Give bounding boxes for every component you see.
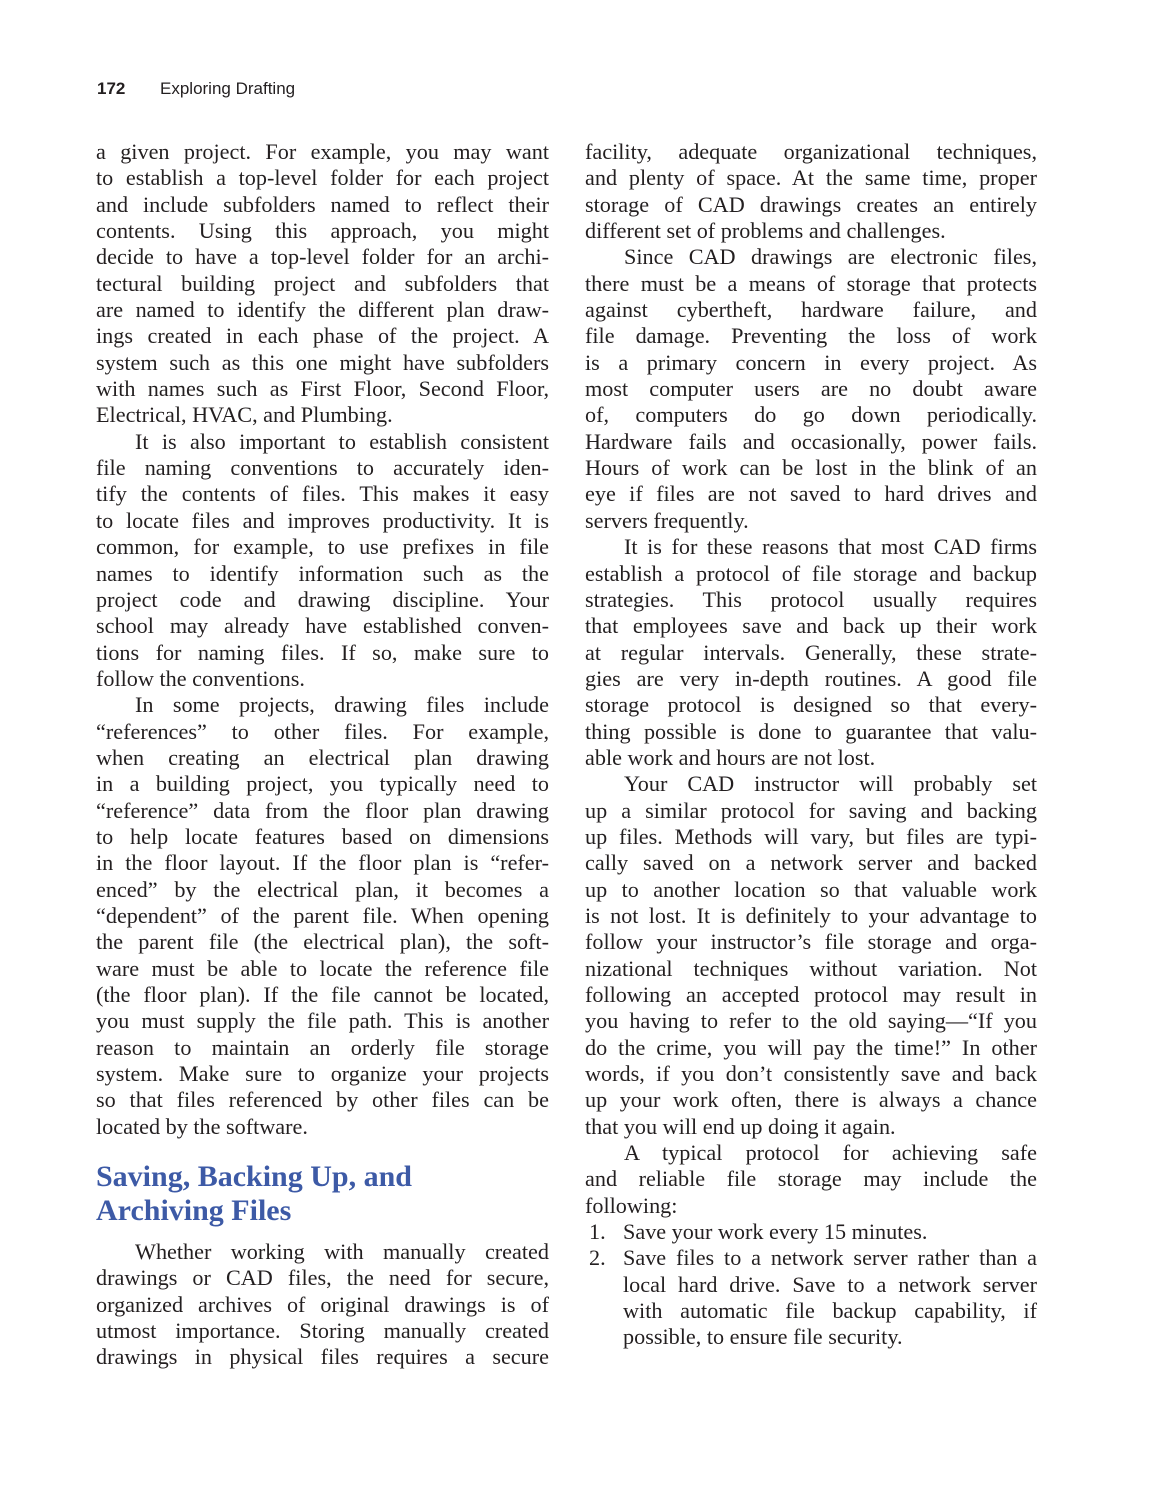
text-line: file naming conventions to accurately id… [96, 455, 549, 481]
text-line: drawings or CAD files, the need for secu… [96, 1265, 549, 1291]
text-line: system. Make sure to organize your proje… [96, 1061, 549, 1087]
text-line: up to another location so that valuable … [585, 877, 1037, 903]
list-item-line: 2.Save files to a network server rather … [585, 1245, 1037, 1271]
text-line: drawings in physical files requires a se… [96, 1344, 549, 1370]
text-line: tectural building project and subfolders… [96, 271, 549, 297]
text-line: up files. Methods will vary, but files a… [585, 824, 1037, 850]
text-line: system such as this one might have subfo… [96, 350, 549, 376]
text-line: project code and drawing discipline. You… [96, 587, 549, 613]
text-line: It is also important to establish consis… [96, 429, 549, 455]
text-line: decide to have a top-level folder for an… [96, 244, 549, 270]
list-item-text: Save files to a network server rather th… [623, 1245, 1037, 1271]
list-item-number: 2. [585, 1245, 623, 1271]
text-line: and plenty of space. At the same time, p… [585, 165, 1037, 191]
list-item-number: 1. [585, 1219, 623, 1245]
list-item-line: possible, to ensure file security. [585, 1324, 1037, 1350]
text-line: In some projects, drawing files include [96, 692, 549, 718]
text-line: to locate files and improves productivit… [96, 508, 549, 534]
text-line: A typical protocol for achieving safe [585, 1140, 1037, 1166]
text-line: and include subfolders named to reflect … [96, 192, 549, 218]
text-line: able work and hours are not lost. [585, 745, 1037, 771]
text-line: thing possible is done to guarantee that… [585, 719, 1037, 745]
text-line: Electrical, HVAC, and Plumbing. [96, 402, 549, 428]
text-line: following an accepted protocol may resul… [585, 982, 1037, 1008]
text-line: tify the contents of files. This makes i… [96, 481, 549, 507]
text-line: up a similar protocol for saving and bac… [585, 798, 1037, 824]
text-line: names to identify information such as th… [96, 561, 549, 587]
text-line: Hardware fails and occasionally, power f… [585, 429, 1037, 455]
section-heading-line-1: Saving, Backing Up, and [96, 1160, 412, 1194]
list-item-text: Save your work every 15 minutes. [623, 1219, 1037, 1245]
text-line: contents. Using this approach, you might [96, 218, 549, 244]
text-line: with names such as First Floor, Second F… [96, 376, 549, 402]
text-line: is not lost. It is definitely to your ad… [585, 903, 1037, 929]
text-line: Since CAD drawings are electronic files, [585, 244, 1037, 270]
text-line: “reference” data from the floor plan dra… [96, 798, 549, 824]
text-line: and reliable file storage may include th… [585, 1166, 1037, 1192]
text-line: located by the software. [96, 1114, 549, 1140]
list-item-number [585, 1272, 623, 1298]
text-line: there must be a means of storage that pr… [585, 271, 1037, 297]
text-line: establish a protocol of file storage and… [585, 561, 1037, 587]
section-heading-line-2: Archiving Files [96, 1194, 412, 1228]
text-line: Your CAD instructor will probably set [585, 771, 1037, 797]
text-line: up your work often, there is always a ch… [585, 1087, 1037, 1113]
list-item-number [585, 1324, 623, 1350]
text-line: the parent file (the electrical plan), t… [96, 929, 549, 955]
text-line: against cybertheft, hardware failure, an… [585, 297, 1037, 323]
list-item-line: local hard drive. Save to a network serv… [585, 1272, 1037, 1298]
text-line: are named to identify the different plan… [96, 297, 549, 323]
text-line: school may already have established conv… [96, 613, 549, 639]
list-item-line: with automatic file backup capability, i… [585, 1298, 1037, 1324]
text-line: that you will end up doing it again. [585, 1114, 1037, 1140]
text-line: of, computers do go down periodically. [585, 402, 1037, 428]
book-title: Exploring Drafting [160, 79, 295, 98]
text-line: words, if you don’t consistently save an… [585, 1061, 1037, 1087]
left-column: a given project. For example, you may wa… [96, 139, 549, 1140]
text-line: follow the conventions. [96, 666, 549, 692]
text-line: follow your instructor’s file storage an… [585, 929, 1037, 955]
list-item-text: local hard drive. Save to a network serv… [623, 1272, 1037, 1298]
text-line: Hours of work can be lost in the blink o… [585, 455, 1037, 481]
text-line: to establish a top-level folder for each… [96, 165, 549, 191]
text-line: nizational techniques without variation.… [585, 956, 1037, 982]
text-line: at regular intervals. Generally, these s… [585, 640, 1037, 666]
text-line: common, for example, to use prefixes in … [96, 534, 549, 560]
text-line: different set of problems and challenges… [585, 218, 1037, 244]
text-line: strategies. This protocol usually requir… [585, 587, 1037, 613]
text-line: gies are very in-depth routines. A good … [585, 666, 1037, 692]
text-line: servers frequently. [585, 508, 1037, 534]
page-number: 172 [97, 79, 160, 99]
text-line: is a primary concern in every project. A… [585, 350, 1037, 376]
text-line: so that files referenced by other files … [96, 1087, 549, 1113]
list-item-text: possible, to ensure file security. [623, 1324, 1037, 1350]
text-line: that employees save and back up their wo… [585, 613, 1037, 639]
text-line: cally saved on a network server and back… [585, 850, 1037, 876]
text-line: in a building project, you typically nee… [96, 771, 549, 797]
text-line: you having to refer to the old saying—“I… [585, 1008, 1037, 1034]
text-line: (the floor plan). If the file cannot be … [96, 982, 549, 1008]
right-column: facility, adequate organizational techni… [585, 139, 1037, 1351]
text-line: facility, adequate organizational techni… [585, 139, 1037, 165]
text-line: “references” to other files. For example… [96, 719, 549, 745]
list-item-text: with automatic file backup capability, i… [623, 1298, 1037, 1324]
text-line: do the crime, you will pay the time!” In… [585, 1035, 1037, 1061]
list-item-number [585, 1298, 623, 1324]
text-line: enced” by the electrical plan, it become… [96, 877, 549, 903]
text-line: reason to maintain an orderly file stora… [96, 1035, 549, 1061]
document-page: 172Exploring Drafting a given project. F… [0, 0, 1167, 1490]
text-line: you must supply the file path. This is a… [96, 1008, 549, 1034]
text-line: when creating an electrical plan drawing [96, 745, 549, 771]
text-line: a given project. For example, you may wa… [96, 139, 549, 165]
left-column-after-heading: Whether working with manually createddra… [96, 1239, 549, 1371]
text-line: organized archives of original drawings … [96, 1292, 549, 1318]
text-line: “dependent” of the parent file. When ope… [96, 903, 549, 929]
text-line: to help locate features based on dimensi… [96, 824, 549, 850]
text-line: storage of CAD drawings creates an entir… [585, 192, 1037, 218]
text-line: Whether working with manually created [96, 1239, 549, 1265]
text-line: tions for naming files. If so, make sure… [96, 640, 549, 666]
running-head: 172Exploring Drafting [97, 79, 295, 99]
text-line: most computer users are no doubt aware [585, 376, 1037, 402]
text-line: utmost importance. Storing manually crea… [96, 1318, 549, 1344]
text-line: ings created in each phase of the projec… [96, 323, 549, 349]
text-line: in the floor layout. If the floor plan i… [96, 850, 549, 876]
text-line: storage protocol is designed so that eve… [585, 692, 1037, 718]
text-line: It is for these reasons that most CAD fi… [585, 534, 1037, 560]
text-line: eye if files are not saved to hard drive… [585, 481, 1037, 507]
list-item-line: 1.Save your work every 15 minutes. [585, 1219, 1037, 1245]
section-heading: Saving, Backing Up, and Archiving Files [96, 1160, 412, 1228]
text-line: file damage. Preventing the loss of work [585, 323, 1037, 349]
text-line: following: [585, 1193, 1037, 1219]
text-line: ware must be able to locate the referenc… [96, 956, 549, 982]
